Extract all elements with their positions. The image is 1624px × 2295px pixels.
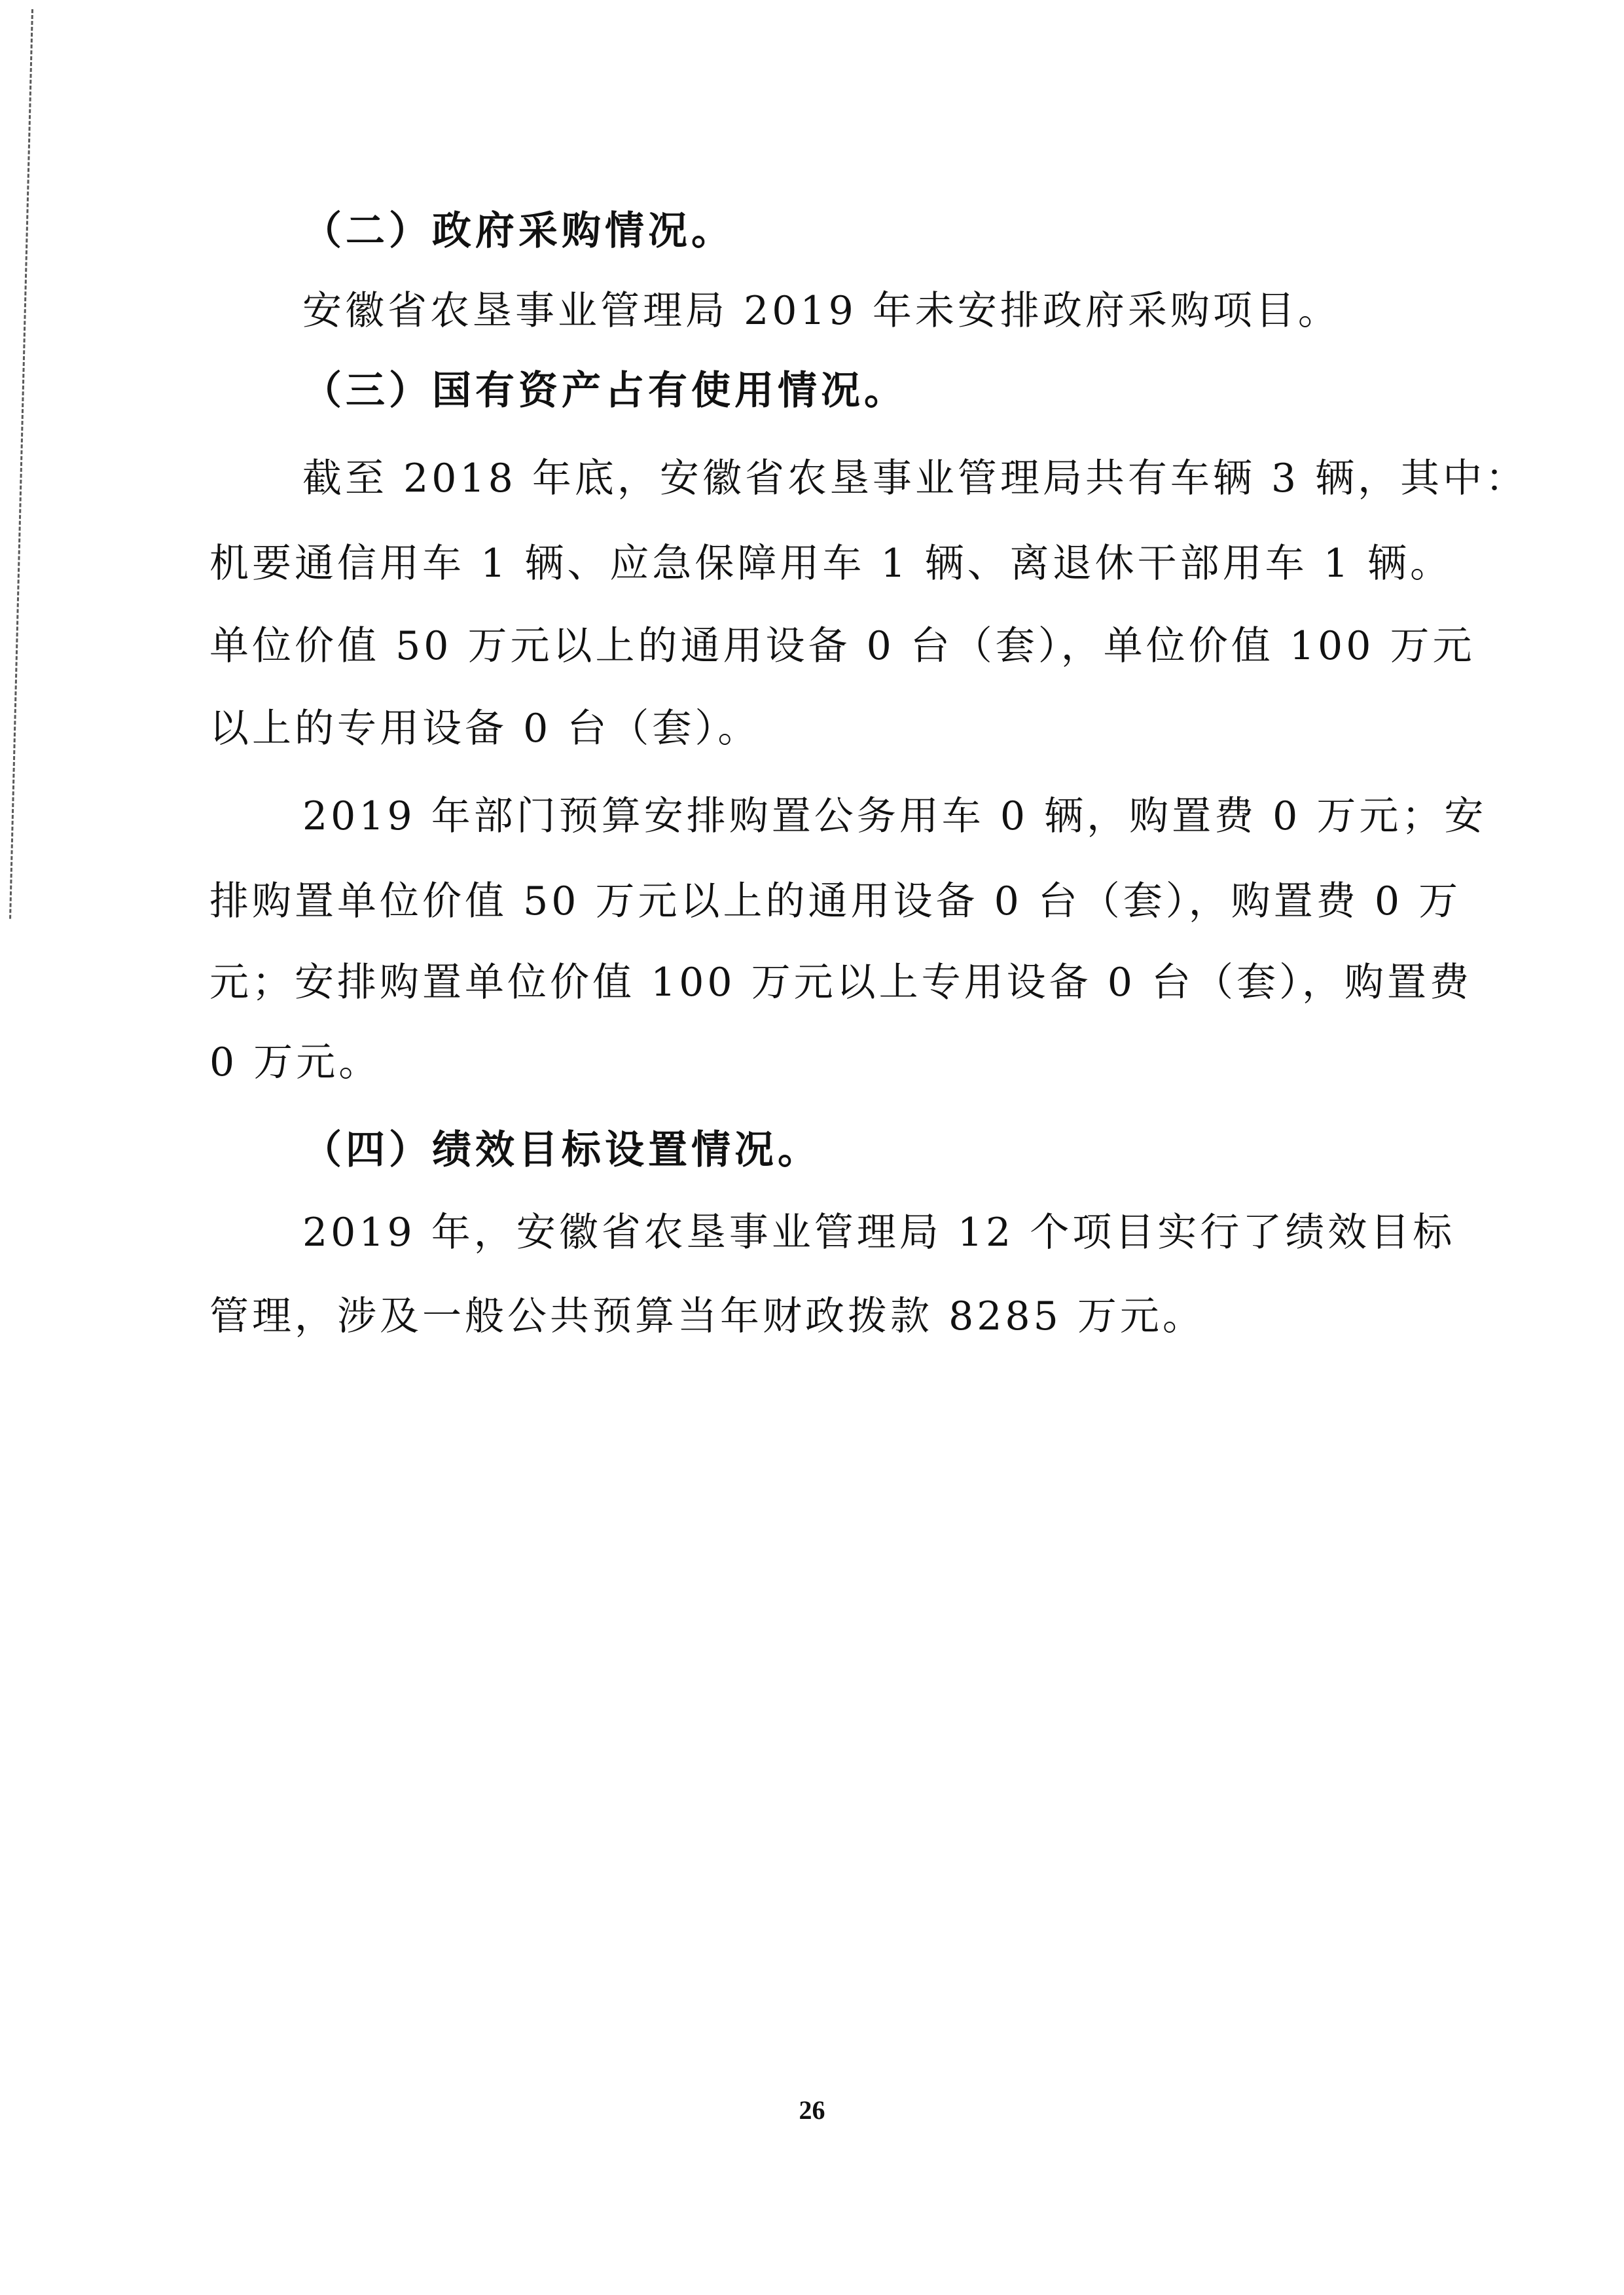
section-3-paragraph-1-line: 机要通信用车 1 辆、应急保障用车 1 辆、离退休干部用车 1 辆。 [209,541,1434,587]
section-3-paragraph-2-line: 0 万元。 [209,1039,381,1085]
section-3-paragraph-2-line: 排购置单位价值 50 万元以上的通用设备 0 台（套），购置费 0 万 [209,878,1434,924]
section-3-paragraph-2-line: 2019 年部门预算安排购置公务用车 0 辆，购置费 0 万元；安 [302,793,1434,839]
section-2-heading: （二）政府采购情况。 [302,208,734,254]
page-number: 26 [0,2095,1624,2125]
section-3-paragraph-2-line: 元；安排购置单位价值 100 万元以上专用设备 0 台（套），购置费 [209,960,1434,1005]
scan-edge-dashed-line [9,9,33,919]
section-4-paragraph-line: 2019 年，安徽省农垦事业管理局 12 个项目实行了绩效目标 [302,1210,1434,1256]
section-3-heading: （三）国有资产占有使用情况。 [302,368,907,414]
section-4-heading: （四）绩效目标设置情况。 [302,1127,821,1173]
section-2-paragraph-line: 安徽省农垦事业管理局 2019 年未安排政府采购项目。 [302,288,1341,334]
section-3-paragraph-1-line: 截至 2018 年底，安徽省农垦事业管理局共有车辆 3 辆，其中： [302,456,1434,501]
section-3-paragraph-1-line: 以上的专用设备 0 台（套）。 [209,706,760,751]
section-4-paragraph-line: 管理，涉及一般公共预算当年财政拨款 8285 万元。 [209,1293,1205,1339]
section-3-paragraph-1-line: 单位价值 50 万元以上的通用设备 0 台（套），单位价值 100 万元 [209,623,1434,669]
